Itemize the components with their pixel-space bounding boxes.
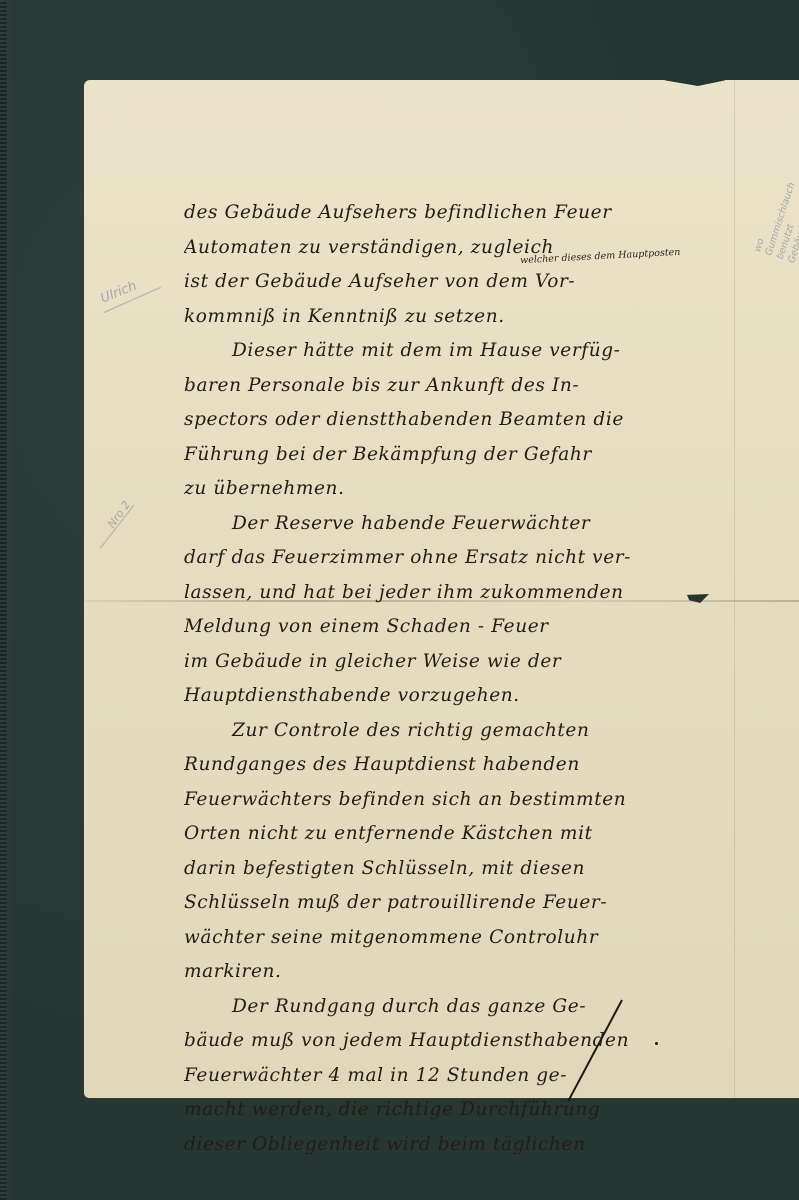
backing-board-edge [0,0,7,1200]
text-line: im Gebäude in gleicher Weise wie der [184,645,714,680]
text-line: kommniß in Kenntniß zu setzen. [184,300,714,335]
text-line: bäude muß von jedem Hauptdiensthabenden [184,1024,714,1059]
text-line: Feuerwächters befinden sich an bestimmte… [184,783,714,818]
text-line-paragraph-start: Zur Controle des richtig gemachten [184,714,714,749]
text-line: macht werden, die richtige Durchführung [184,1093,714,1128]
text-line: Hauptdiensthabende vorzugehen. [184,679,714,714]
text-line: Rundganges des Hauptdienst habenden [184,748,714,783]
text-line: darf das Feuerzimmer ohne Ersatz nicht v… [184,541,714,576]
text-line: spectors oder dienstthabenden Beamten di… [184,403,714,438]
text-line-paragraph-start: Der Reserve habende Feuerwächter [184,507,714,542]
text-line: baren Personale bis zur Ankunft des In- [184,369,714,404]
text-line: wächter seine mitgenommene Controluhr [184,921,714,956]
text-line: markiren. [184,955,714,990]
handwritten-text-body: des Gebäude Aufsehers befindlichen Feuer… [184,196,714,1162]
text-line: dieser Obliegenheit wird beim täglichen [184,1128,714,1163]
vertical-fold-crease [734,80,735,1098]
text-line-paragraph-start: Der Rundgang durch das ganze Ge- [184,990,714,1025]
text-line: darin befestigten Schlüsseln, mit diesen [184,852,714,887]
text-line: Meldung von einem Schaden - Feuer [184,610,714,645]
text-line-paragraph-start: Dieser hätte mit dem im Hause verfüg- [184,334,714,369]
text-line: lassen, und hat bei jeder ihm zukommende… [184,576,714,611]
text-line: ist der Gebäude Aufseher von dem Vor- [184,265,714,300]
text-line: Orten nicht zu entfernende Kästchen mit [184,817,714,852]
text-line: Schlüsseln muß der patrouillirende Feuer… [184,886,714,921]
ink-dot [655,1042,658,1045]
text-line: zu übernehmen. [184,472,714,507]
text-line: Feuerwächter 4 mal in 12 Stunden ge- [184,1059,714,1094]
text-line: des Gebäude Aufsehers befindlichen Feuer [184,196,714,231]
text-line: Führung bei der Bekämpfung der Gefahr [184,438,714,473]
